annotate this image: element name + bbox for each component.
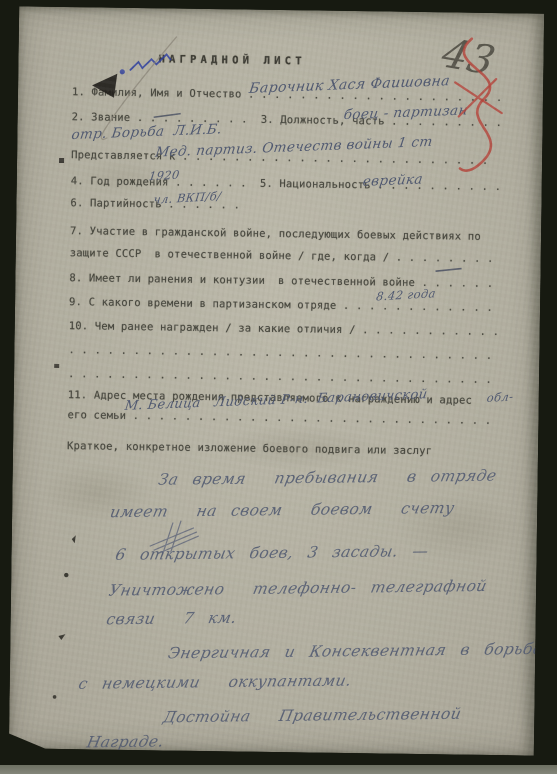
citation-line: с немецкими оккупантами. xyxy=(77,671,353,692)
form-line-civil-war-1: 7. Участие в гражданской войне, последую… xyxy=(70,225,481,243)
page-number-pencil: 43 xyxy=(437,31,501,84)
form-dotted-row: . . . . . . . . . . . . . . . . . . . . … xyxy=(68,368,492,386)
entry-address-wrap: обл- xyxy=(486,389,514,405)
citation-line: связи 7 км. xyxy=(105,609,238,629)
citation-line: Энергичная и Консеквентная в борьбе xyxy=(166,640,544,663)
form-line-citation-header: Краткое, конкретное изложение боевого по… xyxy=(67,440,432,457)
form-line-civil-war-2: защите СССР в отечественной войне / где,… xyxy=(70,247,494,265)
entry-unit: отр. Борьба Л.И.Б. xyxy=(70,121,223,143)
scanner-bed-edge xyxy=(0,765,557,774)
margin-blot xyxy=(54,364,59,368)
blue-ink-blot xyxy=(120,69,125,74)
citation-line: Награде. xyxy=(85,732,165,751)
form-line-prior-awards: 10. Чем ранее награжден / за какие отлич… xyxy=(69,320,500,338)
citation-line: Достойна Правительственной xyxy=(162,705,463,727)
form-line-birth-nationality: 4. Год рождения . . . . . . 5. Националь… xyxy=(71,175,502,193)
dash-over-wounds xyxy=(436,268,462,271)
citation-line: За время пребывания в отряде xyxy=(157,467,498,489)
entry-birth-year: 1920 xyxy=(148,167,181,183)
citation-line: 6 открытых боев, 3 засады. — xyxy=(114,542,430,564)
form-dotted-row: . . . . . . . . . . . . . . . . . . . . … xyxy=(68,344,492,362)
document-title: НАГРАДНОЙ ЛИСТ xyxy=(158,53,305,67)
citation-line: Уничтожено телефонно- телеграфной xyxy=(107,577,488,600)
entry-nationality: еврейка xyxy=(362,171,424,189)
margin-blot xyxy=(59,158,64,163)
scanned-document: НАГРАДНОЙ ЛИСТ 1. Фамилия, Имя и Отчеств… xyxy=(0,0,557,774)
edge-specks xyxy=(53,535,76,699)
citation-line: имеет на своем боевом счету xyxy=(108,499,456,521)
award-sheet-page: НАГРАДНОЙ ЛИСТ 1. Фамилия, Имя и Отчеств… xyxy=(9,6,544,755)
